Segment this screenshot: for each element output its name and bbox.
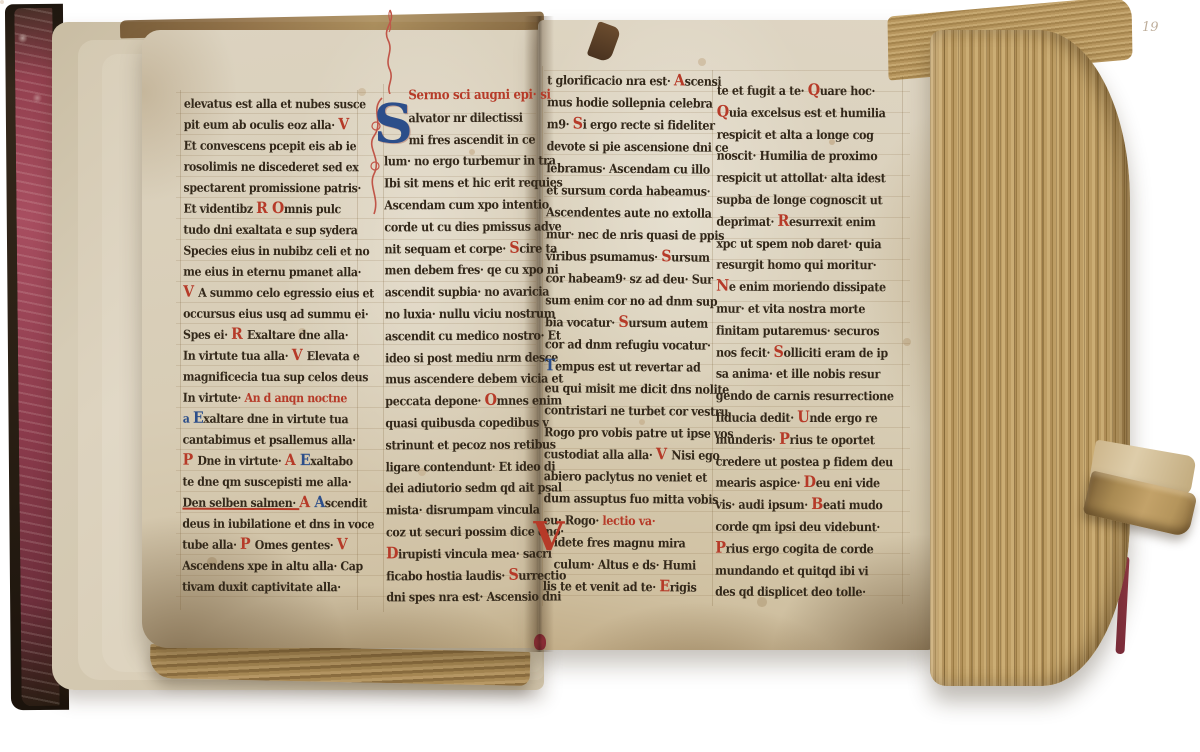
- manuscript-line: bia vocatur· Sursum autem: [545, 311, 700, 334]
- manuscript-line: nit sequam et corpe· Scire ta: [384, 237, 526, 260]
- manuscript-line: abiero paclytus no veniet et: [544, 465, 699, 488]
- text-segment: quasi quibusda copedibus v: [385, 415, 548, 431]
- manuscript-line: dni spes nra est· Ascensio dni: [386, 586, 528, 609]
- text-segment: rius te oportet: [789, 432, 874, 447]
- manuscript-line: des qd displicet deo tolle·: [715, 581, 886, 603]
- text-segment: scendit: [325, 496, 367, 510]
- manuscript-photo: elevatus est alla et nubes suscepit eum …: [0, 0, 1200, 752]
- text-segment: occursus eius usq ad summu ei·: [183, 307, 368, 322]
- manuscript-line: Ascendens xpe in altu alla· Cap: [182, 556, 344, 578]
- text-segment: Exaltare dne alla·: [247, 328, 348, 342]
- manuscript-line: mur· et vita nostra morte: [716, 298, 887, 320]
- text-segment: Dne in virtute·: [197, 454, 285, 468]
- text-segment: e enim moriendo dissipate: [729, 279, 886, 295]
- manuscript-line: Ibi sit mens et hic erit requies: [384, 172, 526, 195]
- text-segment: empus est ut revertar ad: [555, 358, 701, 374]
- text-segment: N: [716, 276, 729, 295]
- text-segment: Species eius in nubibz celi et no: [183, 244, 369, 259]
- manuscript-line: devote si pie ascensione dni ce: [547, 135, 702, 158]
- manuscript-line: cor habeam9· sz ad deu· Sur: [545, 267, 700, 290]
- manuscript-line: idete fres magnu mira: [543, 531, 698, 554]
- text-segment: eu qui misit me dicit dns nolite: [544, 380, 728, 397]
- text-segment: ursum autem: [628, 315, 708, 331]
- text-segment: i ergo recte si fideliter: [583, 117, 715, 133]
- manuscript-line: noscit· Humilia de proximo: [717, 145, 888, 167]
- penwork-flourish-icon: [376, 8, 402, 94]
- manuscript-line: Den selben salmen· A Ascendit: [182, 493, 344, 515]
- text-segment: Ascendam cum xpo intentio: [384, 197, 549, 213]
- text-segment: ficabo hostia laudis·: [386, 567, 508, 583]
- text-segment: Et videntibz: [183, 202, 256, 216]
- manuscript-line: ascendit cu medico nostro· Et: [385, 324, 527, 347]
- manuscript-line: eu· Rogo· lectio va·: [543, 509, 698, 532]
- manuscript-line: strinunt et pecoz nos retibus: [385, 433, 527, 456]
- manuscript-line: Et convescens pcepit eis ab ie: [184, 136, 346, 158]
- text-segment: S: [618, 312, 628, 331]
- text-segment: R: [778, 211, 790, 230]
- text-segment: men debem fres· qe cu xpo ni: [385, 262, 559, 278]
- text-segment: eu eni vide: [816, 475, 880, 490]
- text-segment: V: [656, 444, 671, 463]
- manuscript-line: contristari ne turbet cor vestru: [544, 399, 699, 422]
- manuscript-line: gendo de carnis resurrectione: [716, 385, 887, 407]
- manuscript-line: Prius ergo cogita de corde: [715, 537, 886, 559]
- text-segment: A: [674, 70, 685, 89]
- text-segment: dum assuptus fuo mitta vobis: [544, 490, 719, 507]
- text-segment: Ascendentes aute no extolla: [546, 204, 712, 220]
- text-segment: S: [509, 237, 519, 256]
- manuscript-line: Rogo pro vobis patre ut ipse vos: [544, 421, 699, 444]
- text-segment: E: [300, 450, 310, 469]
- text-segment: resurgit homo qui moritur·: [716, 257, 876, 273]
- text-segment: In virtute·: [183, 391, 245, 405]
- manuscript-line: supba de longe cognoscit ut: [716, 189, 887, 211]
- manuscript-line: fiducia dedit· Unde ergo re: [716, 407, 887, 429]
- right-page-column-1: Vt glorificacio nra est· Ascensimus hodi…: [543, 69, 720, 598]
- manuscript-line: mus hodie sollepnia celebra: [547, 91, 702, 114]
- text-segment: D: [804, 472, 816, 491]
- text-segment: A summo celo egressio eius et: [198, 286, 374, 301]
- manuscript-line: mearis aspice· Deu eni vide: [715, 472, 886, 494]
- manuscript-line: custodiat alla alla· V Nisi ego: [544, 443, 699, 466]
- manuscript-line: deprimat· Resurrexit enim: [716, 210, 887, 232]
- manuscript-line: credere ut postea p fidem deu: [716, 450, 887, 472]
- text-segment: V: [183, 282, 198, 301]
- text-segment: Spes ei·: [183, 328, 231, 342]
- manuscript-line: pit eum ab oculis eoz alla· V: [184, 115, 346, 137]
- text-segment: me eius in eternu pmanet alla·: [183, 265, 361, 280]
- text-segment: uia excelsus est et humilia: [729, 105, 886, 121]
- text-segment: des qd displicet deo tolle·: [715, 584, 866, 600]
- text-segment: Ibi sit mens et hic erit requies: [384, 175, 562, 191]
- manuscript-line: mundando et quitqd ibi vi: [715, 559, 886, 581]
- text-segment: te dne qm suscepisti me alla·: [183, 475, 352, 490]
- manuscript-line: coz ut securi possim dice dno·: [386, 521, 528, 544]
- text-segment: ligare contendunt· Et ideo di: [386, 458, 556, 474]
- text-segment: sum enim cor no ad dnm sup: [545, 292, 717, 308]
- text-segment: Et convescens pcepit eis ab ie: [184, 139, 357, 154]
- manuscript-line: Tempus est ut revertar ad: [545, 355, 700, 378]
- right-page-column-2: te et fugit a te· Quare hoc·Quia excelsu…: [715, 80, 907, 604]
- text-segment: S: [508, 564, 518, 583]
- manuscript-line: Et videntibz R Omnis pulc: [183, 199, 345, 221]
- text-segment: V: [337, 534, 348, 553]
- text-segment: respicit et alta a longe cog: [717, 126, 874, 142]
- text-segment: nde ergo re: [809, 410, 877, 425]
- manuscript-line: In virtute tua alla· V Elevata e: [183, 346, 345, 368]
- text-segment: In virtute tua alla·: [183, 349, 292, 363]
- text-segment: mundando et quitqd ibi vi: [715, 562, 868, 578]
- manuscript-line: mista· disrumpam vincula: [386, 499, 528, 522]
- manuscript-line: tivam duxit captivitate alla·: [182, 577, 344, 599]
- manuscript-line: no luxia· nullu viciu nostrum: [385, 303, 527, 326]
- text-segment: D: [386, 543, 398, 562]
- manuscript-line: viribus psumamus· Sursum: [546, 245, 701, 268]
- manuscript-line: quasi quibusda copedibus v: [385, 412, 527, 435]
- manuscript-line: a Exaltare dne in virtute tua: [183, 409, 345, 431]
- text-segment: olliciti eram de ip: [783, 344, 887, 359]
- text-segment: Q: [717, 101, 729, 120]
- manuscript-line: spectarent promissione patris·: [184, 178, 346, 200]
- text-segment: credere ut postea p fidem deu: [716, 453, 893, 469]
- manuscript-line: Ascendentes aute no extolla: [546, 201, 701, 224]
- text-segment: E: [659, 576, 670, 595]
- manuscript-line: Quia excelsus est et humilia: [717, 101, 888, 123]
- manuscript-line: Spes ei· R Exaltare dne alla·: [183, 325, 345, 347]
- text-segment: tube alla·: [182, 538, 240, 552]
- manuscript-line: et sursum corda habeamus·: [546, 179, 701, 202]
- text-segment: ursum: [671, 249, 710, 264]
- text-segment: A: [314, 492, 325, 511]
- manuscript-line: dum assuptus fuo mitta vobis: [543, 487, 698, 510]
- text-segment: spectarent promissione patris·: [184, 181, 361, 196]
- text-segment: R: [231, 324, 247, 343]
- text-segment: a: [183, 412, 193, 426]
- text-segment: A: [285, 450, 300, 469]
- text-segment: esurrexit enim: [789, 214, 876, 229]
- text-segment: no luxia· nullu viciu nostrum: [385, 305, 555, 321]
- text-segment: respicit ut attollat· alta idest: [717, 170, 886, 186]
- text-segment: P: [715, 537, 725, 556]
- text-segment: peccata depone·: [385, 393, 484, 409]
- text-segment: T: [545, 355, 555, 374]
- left-page-column-1: elevatus est alla et nubes suscepit eum …: [182, 94, 364, 599]
- text-segment: mearis aspice·: [715, 475, 803, 490]
- text-segment: strinunt et pecoz nos retibus: [385, 436, 555, 452]
- text-segment: P: [183, 450, 198, 469]
- text-segment: Rogo pro vobis patre ut ipse vos: [544, 424, 733, 441]
- text-segment: nos fecit·: [716, 344, 774, 359]
- manuscript-line: cor ad dnm refugiu vocatur·: [545, 333, 700, 356]
- text-segment: Elevata e: [307, 349, 360, 363]
- text-segment: V: [292, 345, 307, 364]
- text-segment: An d anqn noctne: [244, 391, 347, 405]
- manuscript-line: Dirupisti vincula mea· sacri: [386, 542, 528, 565]
- text-segment: Omes gentes·: [255, 538, 337, 552]
- text-segment: t glorificacio nra est·: [547, 72, 674, 88]
- text-segment: mi fres ascendit in ce: [409, 131, 536, 147]
- text-segment: uare hoc·: [820, 83, 875, 98]
- manuscript-line: te et fugit a te· Quare hoc·: [717, 80, 888, 102]
- manuscript-line: tube alla· P Omes gentes· V: [182, 535, 344, 557]
- text-segment: Sermo sci augni epi· si: [408, 88, 550, 104]
- manuscript-line: ascendit supbia· no avaricia: [385, 281, 527, 304]
- text-segment: E: [193, 408, 203, 427]
- manuscript-line: peccata depone· Omnes enim: [385, 390, 527, 413]
- text-segment: viribus psumamus·: [546, 248, 662, 264]
- text-segment: pit eum ab oculis eoz alla·: [184, 118, 338, 133]
- manuscript-line: me eius in eternu pmanet alla·: [183, 262, 345, 284]
- text-segment: nit sequam et corpe·: [384, 240, 509, 256]
- left-page-column-2: S Sermo sci augni epi· si alvator nr dil…: [384, 84, 545, 609]
- text-segment: Ascendens xpe in altu alla·: [182, 559, 340, 574]
- text-segment: mus hodie sollepnia celebra: [547, 94, 713, 110]
- text-segment: Den selben salmen·: [182, 496, 299, 510]
- text-segment: A: [299, 492, 314, 511]
- text-segment: tivam duxit captivitate alla·: [182, 580, 341, 595]
- text-segment: magnificecia tua sup celos deus: [183, 370, 368, 385]
- text-segment: Nisi ego: [671, 447, 719, 462]
- text-segment: rosolimis ne discederet sed ex: [184, 160, 359, 175]
- manuscript-line: cantabimus et psallemus alla·: [183, 430, 345, 452]
- text-segment: noscit· Humilia de proximo: [717, 148, 878, 164]
- fore-edge-page-block: [930, 30, 1130, 686]
- text-segment: mus ascendere debem vicia et: [385, 371, 563, 387]
- text-segment: idete fres magnu mira: [554, 534, 686, 550]
- text-segment: fiducia dedit·: [716, 410, 798, 425]
- manuscript-line: Ne enim moriendo dissipate: [716, 276, 887, 298]
- folio-number: 19: [1142, 20, 1159, 35]
- text-segment: gendo de carnis resurrectione: [716, 388, 894, 404]
- manuscript-line: eu qui misit me dicit dns nolite: [544, 377, 699, 400]
- manuscript-line: mus ascendere debem vicia et: [385, 368, 527, 391]
- manuscript-line: P Dne in virtute· A Exaltabo: [183, 451, 345, 473]
- manuscript-line: munderis· Prius te oportet: [716, 428, 887, 450]
- text-segment: m9·: [547, 116, 573, 131]
- text-segment: B: [811, 494, 823, 513]
- text-segment: xpc ut spem nob daret· quia: [716, 235, 881, 251]
- manuscript-line: te dne qm suscepisti me alla·: [182, 472, 344, 494]
- text-segment: devote si pie ascensione dni ce: [547, 138, 729, 155]
- manuscript-line: Ascendam cum xpo intentio: [384, 194, 526, 217]
- text-segment: V: [338, 114, 349, 133]
- text-segment: contristari ne turbet cor vestru: [544, 402, 728, 419]
- text-segment: cor ad dnm refugiu vocatur·: [545, 336, 711, 352]
- text-segment: P: [779, 429, 789, 448]
- text-segment: abiero paclytus no veniet et: [544, 468, 707, 484]
- manuscript-line: corde qm ipsi deu videbunt·: [715, 516, 886, 538]
- text-segment: tudo dni exaltata e sup sydera: [183, 223, 357, 238]
- text-segment: corde ut cu dies pmissus adve: [384, 218, 561, 234]
- manuscript-line: ligare contendunt· Et ideo di: [386, 455, 528, 478]
- text-segment: O: [272, 198, 284, 217]
- text-segment: supba de longe cognoscit ut: [716, 192, 882, 208]
- foxing-spots: [0, 0, 4, 4]
- text-segment: Cap: [340, 559, 362, 573]
- text-segment: deprimat·: [716, 213, 777, 228]
- text-segment: U: [797, 407, 809, 426]
- text-segment: mur· nec de nris quasi de ppis: [546, 226, 724, 243]
- manuscript-line: deus in iubilatione et dns in voce: [182, 514, 344, 536]
- manuscript-line: xpc ut spem nob daret· quia: [716, 232, 887, 254]
- column-rule: [180, 90, 181, 610]
- text-segment: rius ergo cogita de corde: [726, 540, 874, 556]
- manuscript-line: respicit et alta a longe cog: [717, 123, 888, 145]
- text-segment: eati mudo: [823, 497, 883, 512]
- manuscript-line: tudo dni exaltata e sup sydera: [183, 220, 345, 242]
- manuscript-line: culum· Altus e ds· Humi: [543, 553, 698, 576]
- text-segment: mista· disrumpam vincula: [386, 502, 540, 518]
- manuscript-line: sum enim cor no ad dnm sup: [545, 289, 700, 312]
- manuscript-line: occursus eius usq ad summu ei·: [183, 304, 345, 326]
- text-segment: dei adiutorio sedm qd ait psal: [386, 480, 562, 496]
- text-segment: mnis pulc: [284, 202, 341, 216]
- text-segment: lebramus· Ascendam cu illo: [546, 160, 710, 176]
- manuscript-line: respicit ut attollat· alta idest: [717, 167, 888, 189]
- manuscript-line: ideo si post mediu nrm desce: [385, 346, 527, 369]
- text-segment: deus in iubilatione et dns in voce: [182, 517, 374, 532]
- text-segment: rigis: [670, 579, 697, 594]
- text-segment: culum· Altus e ds· Humi: [554, 556, 696, 572]
- text-segment: lectio va·: [602, 513, 655, 528]
- text-segment: vis· audi ipsum·: [715, 497, 811, 512]
- manuscript-line: In virtute· An d anqn noctne: [183, 388, 345, 410]
- text-segment: sa anima· et ille nobis resur: [716, 366, 880, 382]
- text-segment: bia vocatur·: [545, 314, 618, 330]
- manuscript-line: lis te et venit ad te· Erigis: [543, 575, 698, 598]
- text-segment: te et fugit a te·: [717, 83, 808, 98]
- manuscript-line: mur· nec de nris quasi de ppis: [546, 223, 701, 246]
- manuscript-line: V A summo celo egressio eius et: [183, 283, 345, 305]
- manuscript-line: lebramus· Ascendam cu illo: [546, 157, 701, 180]
- manuscript-line: m9· Si ergo recte si fideliter: [547, 113, 702, 136]
- drop-initial: S: [374, 96, 413, 150]
- text-segment: et sursum corda habeamus·: [546, 182, 710, 198]
- manuscript-line: resurgit homo qui moritur·: [716, 254, 887, 276]
- text-segment: scensi: [685, 73, 722, 88]
- text-segment: Q: [808, 80, 820, 99]
- text-segment: munderis·: [716, 431, 780, 446]
- text-segment: alvator nr dilectissi: [408, 109, 522, 125]
- text-segment: ideo si post mediu nrm desce: [385, 349, 558, 365]
- manuscript-line: nos fecit· Solliciti eram de ip: [716, 341, 887, 363]
- manuscript-line: vis· audi ipsum· Beati mudo: [715, 494, 886, 516]
- drop-initial: V: [533, 517, 564, 557]
- text-segment: R: [256, 198, 272, 217]
- manuscript-line: elevatus est alla et nubes susce: [184, 94, 346, 116]
- text-segment: ascendit cu medico nostro· Et: [385, 327, 561, 343]
- text-segment: ascendit supbia· no avaricia: [385, 284, 549, 300]
- manuscript-line: Species eius in nubibz celi et no: [183, 241, 345, 263]
- text-segment: lis te et venit ad te·: [543, 578, 660, 594]
- manuscript-line: rosolimis ne discederet sed ex: [184, 157, 346, 179]
- manuscript-line: ficabo hostia laudis· Surrectio: [386, 564, 528, 587]
- text-segment: elevatus est alla et nubes susce: [184, 97, 366, 112]
- manuscript-line: men debem fres· qe cu xpo ni: [385, 259, 527, 282]
- text-segment: S: [774, 341, 784, 360]
- text-segment: xaltare dne in virtute tua: [203, 412, 348, 427]
- text-segment: irupisti vincula mea· sacri: [398, 545, 552, 561]
- text-segment: xaltabo: [310, 454, 353, 468]
- manuscript-line: dei adiutorio sedm qd ait psal: [386, 477, 528, 500]
- text-segment: P: [240, 534, 255, 553]
- text-segment: finitam putaremus· securos: [716, 322, 879, 338]
- text-segment: cantabimus et psallemus alla·: [183, 433, 356, 448]
- text-segment: S: [573, 113, 583, 132]
- text-segment: O: [485, 390, 497, 409]
- manuscript-line: sa anima· et ille nobis resur: [716, 363, 887, 385]
- manuscript-line: corde ut cu dies pmissus adve: [384, 215, 526, 238]
- text-segment: dni spes nra est· Ascensio dni: [386, 589, 561, 605]
- manuscript-line: magnificecia tua sup celos deus: [183, 367, 345, 389]
- text-segment: cor habeam9· sz ad deu· Sur: [545, 270, 712, 286]
- text-segment: mur· et vita nostra morte: [716, 301, 865, 317]
- manuscript-line: finitam putaremus· securos: [716, 319, 887, 341]
- manuscript-line: t glorificacio nra est· Ascensi: [547, 69, 702, 92]
- text-segment: custodiat alla alla·: [544, 446, 656, 462]
- text-segment: corde qm ipsi deu videbunt·: [715, 519, 880, 535]
